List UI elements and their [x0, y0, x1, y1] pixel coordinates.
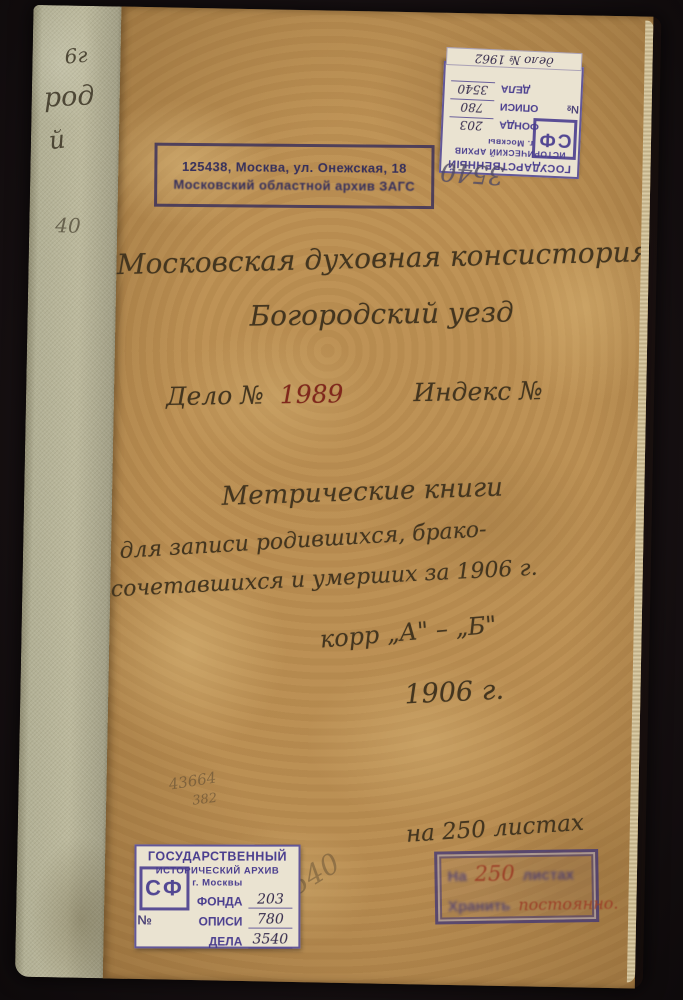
opisi-label: ОПИСИ: [199, 915, 243, 929]
cover-paper: 125438, Москва, ул. Онежская, 18 Московс…: [103, 7, 654, 989]
fonda-value: 203: [248, 892, 292, 909]
book-cover: 6г род й 40 125438, Москва, ул. Онежская…: [15, 5, 662, 989]
pencil-note-1: 43664: [168, 768, 218, 793]
dela-value: 3540: [450, 80, 495, 97]
title-line-1: Московская духовная консистория: [116, 235, 649, 281]
keep-stamp-keep-value: постоянно.: [518, 894, 618, 915]
books-line-1: Метрические книги: [112, 469, 613, 516]
dela-label: ДЕЛА: [501, 83, 531, 96]
keep-stamp-na: На: [447, 868, 466, 885]
case-number-line: Дело № 1989 Индекс №: [166, 376, 543, 411]
fonda-label: ФОНДА: [499, 118, 539, 132]
opisi-value: 780: [450, 98, 495, 115]
flipped-case-note: дело № 1962: [446, 47, 583, 71]
spine-marking: 6г: [64, 43, 89, 69]
opisi-value: 780: [248, 912, 292, 929]
keep-stamp: На 250 листах Хранить постоянно.: [434, 849, 599, 925]
flipped-number-note: 3540: [439, 157, 505, 190]
index-label: Индекс №: [413, 376, 543, 407]
photo-backdrop: 6г род й 40 125438, Москва, ул. Онежская…: [0, 0, 683, 1000]
keep-stamp-sheets-word: листах: [523, 866, 574, 884]
title-line-2: Богородский уезд: [115, 293, 647, 334]
case-label: Дело №: [166, 380, 264, 411]
archive-org-line1: ГОСУДАРСТВЕННЫЙ: [137, 849, 299, 865]
sheets-note: на 250 листах: [405, 810, 585, 848]
page-fore-edge: [627, 21, 653, 983]
dela-label: ДЕЛА: [209, 935, 243, 949]
case-number: 1989: [280, 379, 344, 409]
spine-marking: й: [47, 124, 66, 155]
dela-value: 3540: [248, 932, 292, 949]
fonda-label: ФОНДА: [197, 895, 242, 909]
spine-marking: 40: [55, 213, 81, 237]
books-line-2: для записи родившихся, брако-: [119, 517, 487, 564]
archive-label-bottom-left: ГОСУДАРСТВЕННЫЙ ИСТОРИЧЕСКИЙ АРХИВ г. Мо…: [134, 844, 300, 948]
spine-marking: род: [43, 80, 95, 114]
letters-range-line: корр „А" – „Б": [319, 611, 498, 654]
fonda-value: 203: [449, 116, 494, 133]
opisi-label: ОПИСИ: [500, 101, 539, 115]
zags-stamp-line1: 125438, Москва, ул. Онежская, 18: [163, 158, 425, 175]
pencil-note-2: 382: [191, 791, 217, 809]
books-line-3: сочетавшихся и умерших за 1906 г.: [110, 556, 538, 603]
year-line: 1906 г.: [404, 675, 505, 711]
keep-stamp-sheets-value: 250: [474, 861, 514, 886]
zags-address-stamp: 125438, Москва, ул. Онежская, 18 Московс…: [154, 143, 435, 209]
zags-stamp-line2: Московский областной архив ЗАГС: [163, 176, 425, 193]
keep-stamp-keep-word: Хранить: [448, 897, 511, 915]
